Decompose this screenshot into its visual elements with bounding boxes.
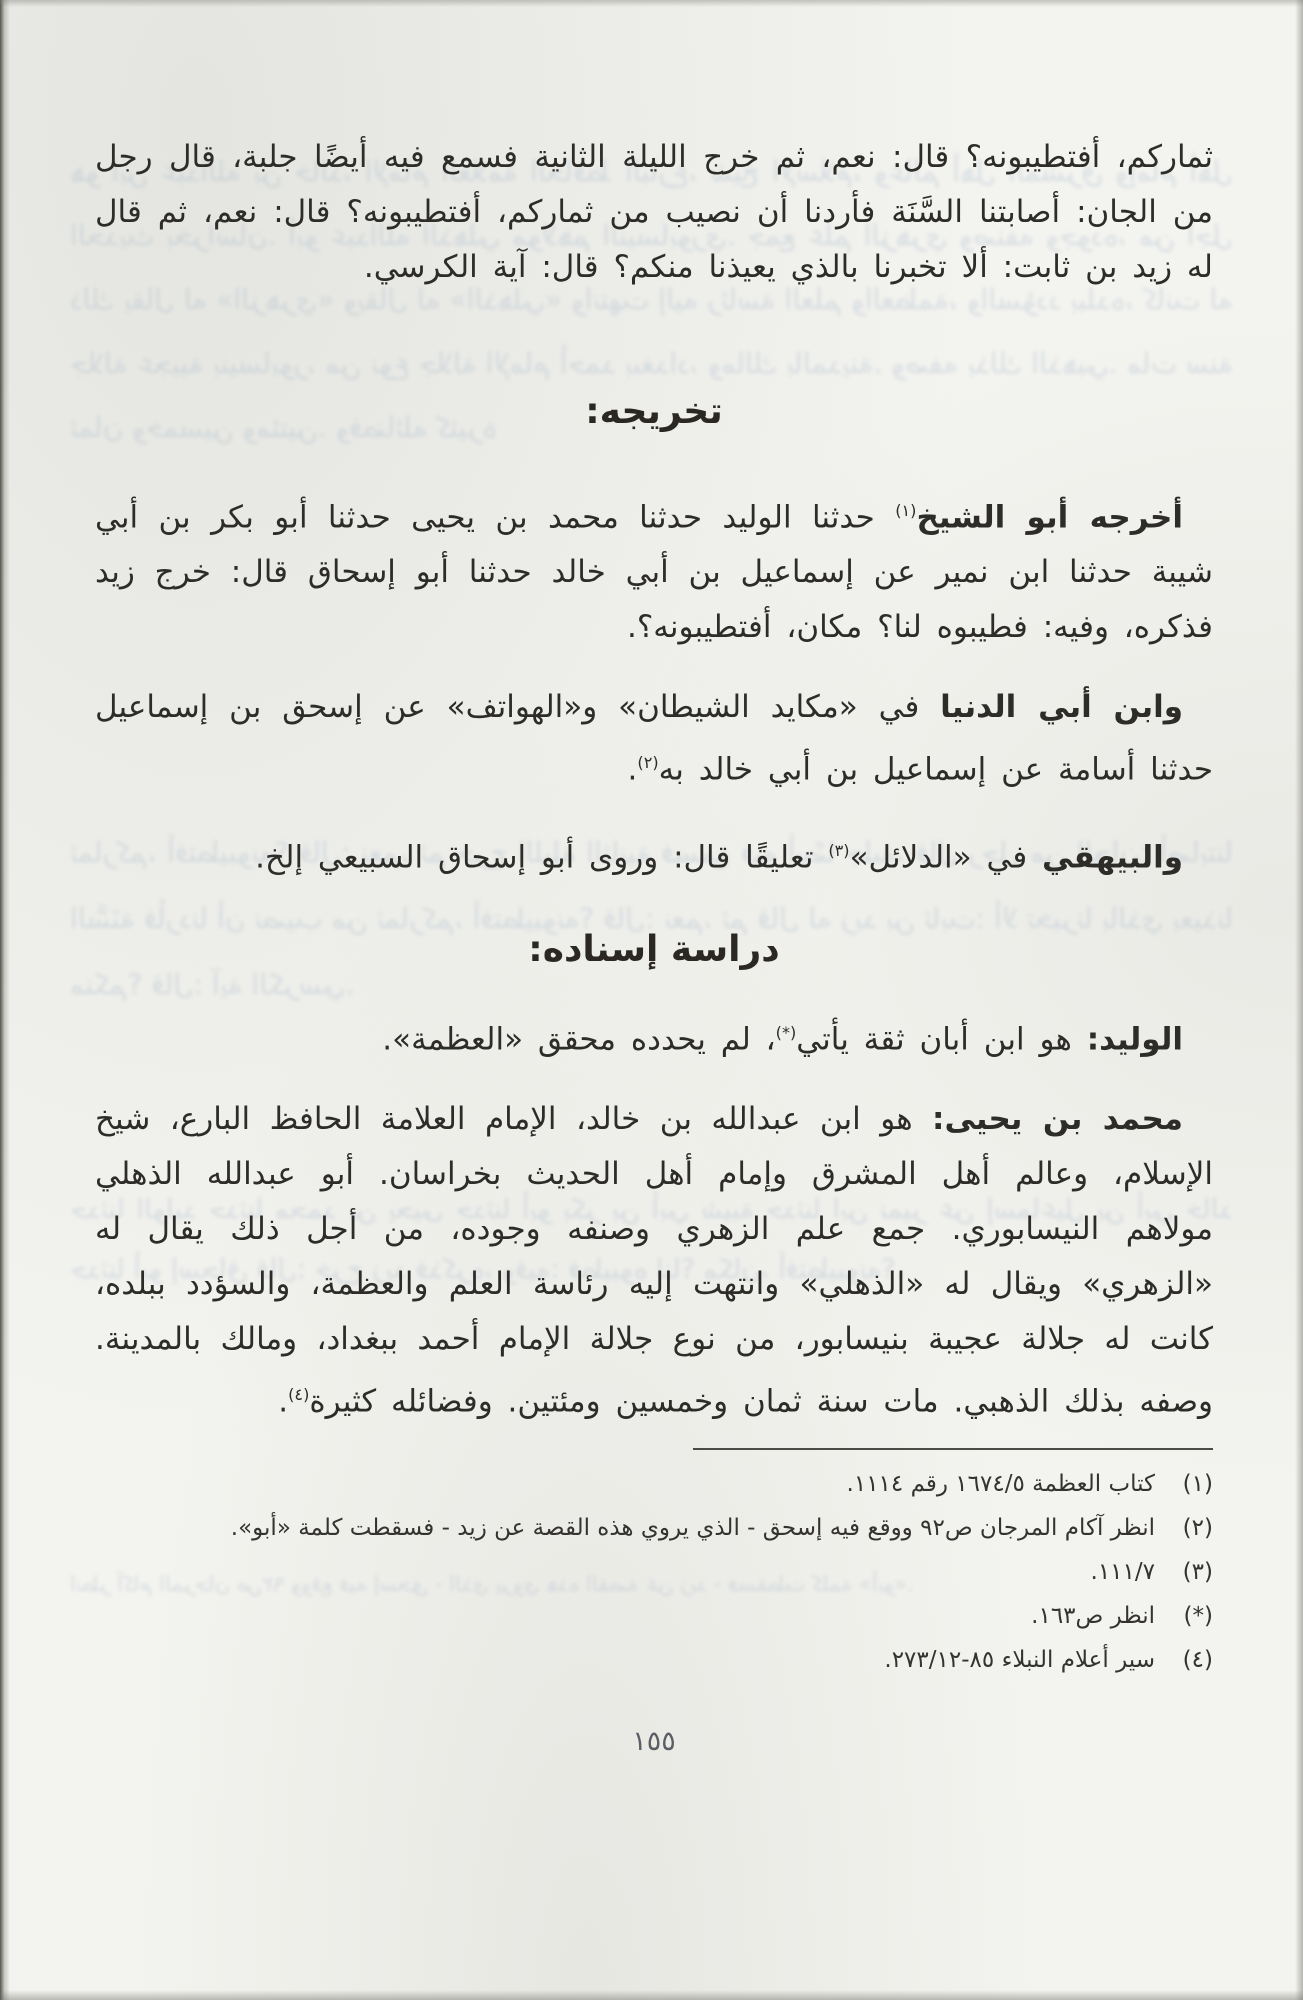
- footnote-number: (٢): [1155, 1506, 1213, 1550]
- footnote-marker: (٣): [828, 841, 849, 860]
- section-heading-dirasat-isnad: دراسة إسناده:: [95, 925, 1213, 975]
- footnote-4: (٤) سير أعلام النبلاء ⁦٨٥-٢٧٣/١٢⁩.: [95, 1638, 1213, 1682]
- text-segment: في «الدلائل»: [850, 839, 1042, 875]
- body-paragraph-continuation: ثماركم، أفتطيبونه؟ قال: نعم، ثم خرج اللي…: [95, 130, 1213, 295]
- body-paragraph-alwalid: الوليد: هو ابن أبان ثقة يأتي(*)، لم يحدد…: [95, 1005, 1213, 1067]
- text-segment: محمد بن يحيى:: [932, 1101, 1183, 1137]
- body-paragraph-bayhaqi: والبيهقي في «الدلائل»(٣) تعليقًا قال: ور…: [95, 823, 1213, 885]
- footnote-text: انظر آكام المرجان ص٩٢ ووقع فيه إسحق - ال…: [95, 1506, 1155, 1550]
- footnote-marker: (٤): [288, 1385, 309, 1404]
- footnote-3: (٣) ١١١/٧.: [95, 1550, 1213, 1594]
- footnote-1: (١) كتاب العظمة ١٦٧٤/٥ رقم ١١١٤.: [95, 1462, 1213, 1506]
- footnotes: (١) كتاب العظمة ١٦٧٤/٥ رقم ١١١٤. (٢) انظ…: [95, 1462, 1213, 1682]
- footnote-number: (*): [1155, 1594, 1213, 1638]
- footnote-text: سير أعلام النبلاء ⁦٨٥-٢٧٣/١٢⁩.: [95, 1638, 1155, 1682]
- body-paragraph-ibn-abi-dunya: وابن أبي الدنيا في «مكايد الشيطان» و«اله…: [95, 680, 1213, 797]
- scan-edge-top: [0, 0, 1303, 7]
- text-segment: وابن أبي الدنيا: [940, 689, 1183, 725]
- text-segment: والبيهقي: [1042, 839, 1183, 875]
- scanned-book-page: هو ابن عبدالله بن خالد، الإمام العلامة ا…: [0, 0, 1303, 2000]
- text-segment: الوليد:: [1087, 1021, 1183, 1057]
- text-segment: أخرجه أبو الشيخ: [916, 499, 1183, 535]
- text-segment: ثماركم، أفتطيبونه؟ قال: نعم، ثم خرج اللي…: [95, 139, 1213, 285]
- footnote-text: انظر ص١٦٣.: [95, 1594, 1155, 1638]
- text-segment: .: [628, 752, 638, 788]
- body-paragraph-abu-alshaykh: أخرجه أبو الشيخ(١) حدثنا الوليد حدثنا مح…: [95, 483, 1213, 655]
- text-segment: ، لم يحدده محقق «العظمة».: [382, 1021, 775, 1057]
- page-content: ثماركم، أفتطيبونه؟ قال: نعم، ثم خرج اللي…: [95, 130, 1213, 1757]
- footnote-text: ١١١/٧.: [95, 1550, 1155, 1594]
- footnote-marker: (١): [895, 501, 916, 520]
- footnote-text: كتاب العظمة ١٦٧٤/٥ رقم ١١١٤.: [95, 1462, 1155, 1506]
- text-segment: هو ابن عبدالله بن خالد، الإمام العلامة ا…: [95, 1101, 1213, 1419]
- footnote-separator: [693, 1448, 1213, 1450]
- text-segment: هو ابن أبان ثقة يأتي: [796, 1021, 1086, 1057]
- section-heading-takhrij: تخريجه:: [95, 387, 1213, 437]
- text-segment: .: [278, 1384, 288, 1420]
- footnote-number: (٤): [1155, 1638, 1213, 1682]
- page-number: ١٥٥: [95, 1726, 1213, 1757]
- footnote-marker: (٢): [637, 753, 658, 772]
- footnote-number: (١): [1155, 1462, 1213, 1506]
- scan-edge-bottom: [0, 1990, 1303, 2000]
- text-segment: تعليقًا قال: وروى أبو إسحاق السبيعي إلخ.: [255, 839, 828, 875]
- scan-edge-right: [1295, 0, 1303, 2000]
- body-paragraph-muhammad-bin-yahya: محمد بن يحيى: هو ابن عبدالله بن خالد، ال…: [95, 1092, 1213, 1429]
- footnote-star: (*) انظر ص١٦٣.: [95, 1594, 1213, 1638]
- footnote-number: (٣): [1155, 1550, 1213, 1594]
- footnote-2: (٢) انظر آكام المرجان ص٩٢ ووقع فيه إسحق …: [95, 1506, 1213, 1550]
- scan-edge-left: [0, 0, 10, 2000]
- footnote-marker: (*): [776, 1023, 797, 1042]
